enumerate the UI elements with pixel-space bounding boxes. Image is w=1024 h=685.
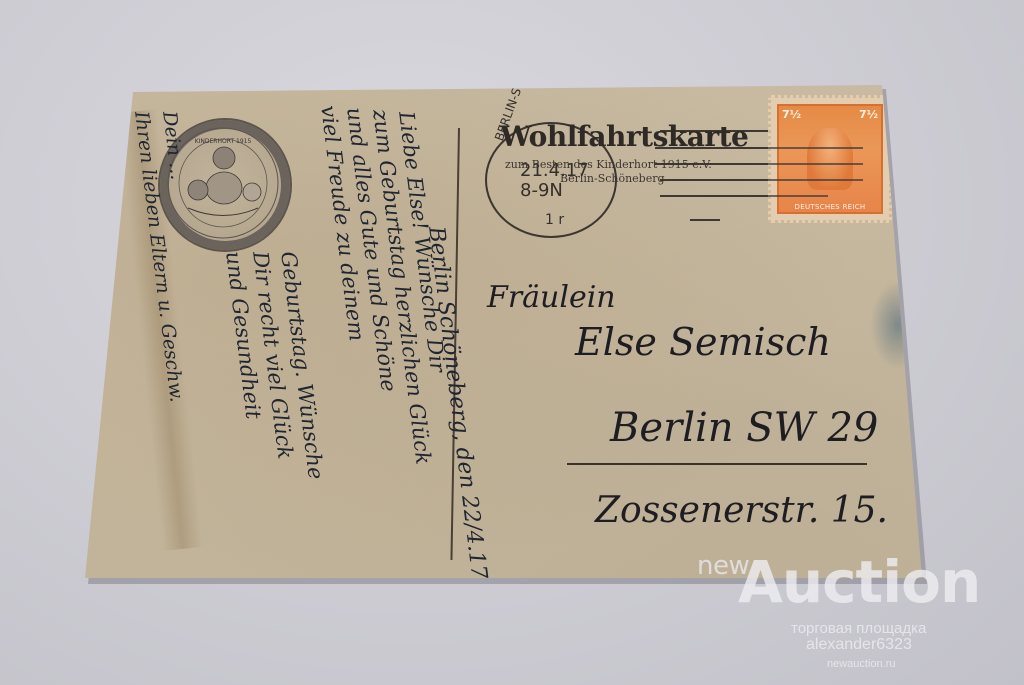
card-subtitle: zum Besten des Kinderhort 1915 e.V. [505,158,712,171]
watermark-site: newauction.ru [827,658,1024,670]
cancellation-line [660,179,785,181]
svg-text:KINDERHORT 1915: KINDERHORT 1915 [195,138,252,145]
address-name: Else Semisch [575,320,831,364]
address-street: Zossenerstr. 15. [595,490,888,531]
stamp-value-right: 7½ [859,108,878,121]
card-title: Wohlfahrtskarte [500,120,748,153]
stamp-design: 7½ 7½ DEUTSCHES REICH [777,104,883,214]
address-city: Berlin SW 29 [610,405,878,451]
postmark-time: 8-9N [520,180,563,201]
cancellation-line [768,147,863,149]
watermark-tagline: торговая площадка [791,620,1024,637]
cancellation-line [660,195,780,197]
address-salutation: Fräulein [487,280,616,315]
cancellation-line [690,219,720,221]
watermark-brand: Auction [738,548,980,616]
postmark-office: 1 r [545,212,564,228]
address-underline [567,463,867,465]
stamp-value-left: 7½ [782,108,801,121]
postage-stamp: 7½ 7½ DEUTSCHES REICH [768,95,892,223]
cancellation-line [768,179,863,181]
cancellation-line [768,195,828,197]
cancellation-line [768,163,863,165]
stamp-caption: DEUTSCHES REICH [779,203,881,211]
watermark-seller: alexander6323 [806,636,1024,654]
card-subtitle-location: Berlin-Schöneberg [560,172,665,185]
